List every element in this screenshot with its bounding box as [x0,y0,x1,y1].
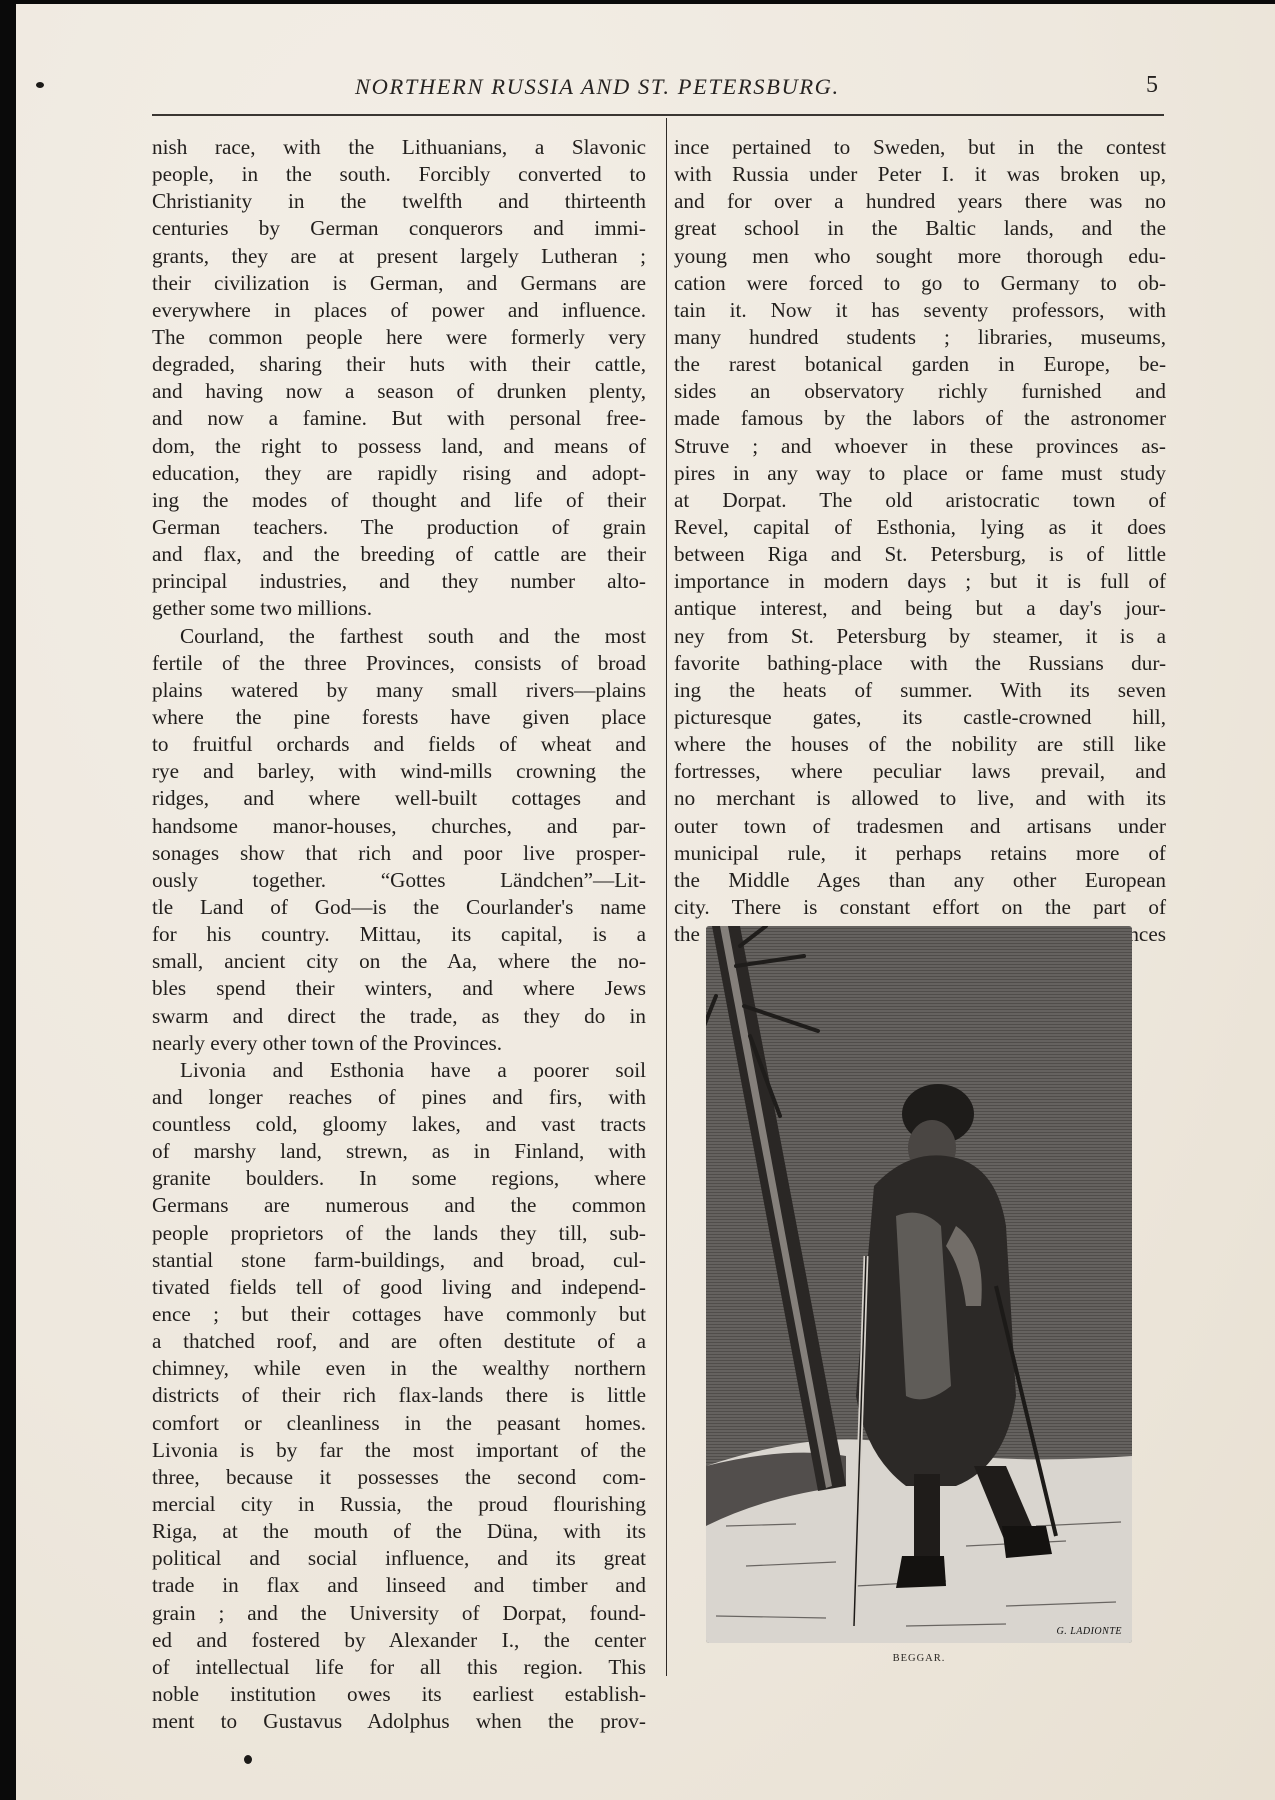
text-line: ridges, and where well-built cottages an… [152,785,646,812]
text-line: ence ; but their cottages have commonly … [152,1301,646,1328]
running-title: NORTHERN RUSSIA AND ST. PETERSBURG. [355,74,840,100]
text-line: gether some two millions. [152,595,646,622]
text-line: Livonia is by far the most important of … [152,1437,646,1464]
text-line: ously together. “Gottes Ländchen”—Lit- [152,867,646,894]
text-line: pires in any way to place or fame must s… [674,460,1166,487]
text-line: to fruitful orchards and fields of wheat… [152,731,646,758]
text-line: Christianity in the twelfth and thirteen… [152,188,646,215]
figure-caption: BEGGAR. [706,1653,1132,1664]
text-line: degraded, sharing their huts with their … [152,351,646,378]
text-line: and longer reaches of pines and firs, wi… [152,1084,646,1111]
text-line: people proprietors of the lands they til… [152,1220,646,1247]
text-line: many hundred students ; libraries, museu… [674,324,1166,351]
text-line: favorite bathing-place with the Russians… [674,650,1166,677]
text-line: political and social influence, and its … [152,1545,646,1572]
text-line: people, in the south. Forcibly converted… [152,161,646,188]
left-column: nish race, with the Lithuanians, a Slavo… [152,134,646,1735]
text-line: municipal rule, it perhaps retains more … [674,840,1166,867]
text-line: small, ancient city on the Aa, where the… [152,948,646,975]
text-line: handsome manor-houses, churches, and par… [152,813,646,840]
text-line: a thatched roof, and are often destitute… [152,1328,646,1355]
text-line: grain ; and the University of Dorpat, fo… [152,1600,646,1627]
text-line: ment to Gustavus Adolphus when the prov- [152,1708,646,1735]
text-line: ince pertained to Sweden, but in the con… [674,134,1166,161]
text-line: grants, they are at present largely Luth… [152,243,646,270]
page-edge [0,1680,16,1800]
text-line: chimney, while even in the wealthy north… [152,1355,646,1382]
right-column: ince pertained to Sweden, but in the con… [674,134,1166,948]
text-line: picturesque gates, its castle-crowned hi… [674,704,1166,731]
text-line: principal industries, and they number al… [152,568,646,595]
text-line: three, because it possesses the second c… [152,1464,646,1491]
text-line: the Middle Ages than any other European [674,867,1166,894]
text-line: ing the heats of summer. With its seven [674,677,1166,704]
text-line: for his country. Mittau, its capital, is… [152,921,646,948]
text-line: Germans are numerous and the common [152,1192,646,1219]
text-line: noble institution owes its earliest esta… [152,1681,646,1708]
text-line: ed and fostered by Alexander I., the cen… [152,1627,646,1654]
text-line: Revel, capital of Esthonia, lying as it … [674,514,1166,541]
column-divider [666,118,667,1676]
text-line: countless cold, gloomy lakes, and vast t… [152,1111,646,1138]
text-line: and for over a hundred years there was n… [674,188,1166,215]
text-line: great school in the Baltic lands, and th… [674,215,1166,242]
text-line: comfort or cleanliness in the peasant ho… [152,1410,646,1437]
text-line: ney from St. Petersburg by steamer, it i… [674,623,1166,650]
text-line: rye and barley, with wind-mills crowning… [152,758,646,785]
foxing-spot [244,1755,252,1764]
text-line: Courland, the farthest south and the mos… [152,623,646,650]
text-line: their civilization is German, and German… [152,270,646,297]
text-line: between Riga and St. Petersburg, is of l… [674,541,1166,568]
text-line: tle Land of God—is the Courlander's name [152,894,646,921]
text-line: fortresses, where peculiar laws prevail,… [674,758,1166,785]
text-line: sides an observatory richly furnished an… [674,378,1166,405]
header-rule [152,114,1164,116]
text-line: Riga, at the mouth of the Düna, with its [152,1518,646,1545]
text-line: mercial city in Russia, the proud flouri… [152,1491,646,1518]
text-line: sonages show that rich and poor live pro… [152,840,646,867]
text-line: of marshy land, strewn, as in Finland, w… [152,1138,646,1165]
text-line: city. There is constant effort on the pa… [674,894,1166,921]
page-edge [0,0,16,70]
text-line: tivated fields tell of good living and i… [152,1274,646,1301]
text-line: and having now a season of drunken plent… [152,378,646,405]
text-line: swarm and direct the trade, as they do i… [152,1003,646,1030]
text-line: outer town of tradesmen and artisans und… [674,813,1166,840]
text-line: the rarest botanical garden in Europe, b… [674,351,1166,378]
text-line: and now a famine. But with personal free… [152,405,646,432]
text-line: importance in modern days ; but it is fu… [674,568,1166,595]
text-line: bles spend their winters, and where Jews [152,975,646,1002]
text-line: dom, the right to possess land, and mean… [152,433,646,460]
text-line: cation were forced to go to Germany to o… [674,270,1166,297]
text-line: with Russia under Peter I. it was broken… [674,161,1166,188]
running-header: NORTHERN RUSSIA AND ST. PETERSBURG. 5 [150,70,1170,104]
text-line: districts of their rich flax-lands there… [152,1382,646,1409]
text-line: where the pine forests have given place [152,704,646,731]
text-line: everywhere in places of power and influe… [152,297,646,324]
engraver-signature: G. LADIONTE [1056,1626,1122,1637]
text-line: Struve ; and whoever in these provinces … [674,433,1166,460]
page-number: 5 [1146,72,1158,99]
text-line: no merchant is allowed to live, and with… [674,785,1166,812]
foxing-spot [36,82,44,88]
text-line: tain it. Now it has seventy professors, … [674,297,1166,324]
text-line: fertile of the three Provinces, consists… [152,650,646,677]
text-line: Livonia and Esthonia have a poorer soil [152,1057,646,1084]
text-line: plains watered by many small rivers—plai… [152,677,646,704]
text-line: education, they are rapidly rising and a… [152,460,646,487]
text-line: and flax, and the breeding of cattle are… [152,541,646,568]
text-line: young men who sought more thorough edu- [674,243,1166,270]
book-page: NORTHERN RUSSIA AND ST. PETERSBURG. 5 ni… [16,4,1275,1800]
text-line: The common people here were formerly ver… [152,324,646,351]
text-line: antique interest, and being but a day's … [674,595,1166,622]
text-line: of intellectual life for all this region… [152,1654,646,1681]
illustration-beggar: G. LADIONTE [706,926,1132,1643]
text-line: centuries by German conquerors and immi- [152,215,646,242]
text-line: ing the modes of thought and life of the… [152,487,646,514]
text-line: nish race, with the Lithuanians, a Slavo… [152,134,646,161]
text-line: where the houses of the nobility are sti… [674,731,1166,758]
text-line: made famous by the labors of the astrono… [674,405,1166,432]
text-line: stantial stone farm-buildings, and broad… [152,1247,646,1274]
text-line: trade in flax and linseed and timber and [152,1572,646,1599]
text-line: at Dorpat. The old aristocratic town of [674,487,1166,514]
beggar-engraving-icon [706,926,1132,1643]
text-line: nearly every other town of the Provinces… [152,1030,646,1057]
text-line: German teachers. The production of grain [152,514,646,541]
text-line: granite boulders. In some regions, where [152,1165,646,1192]
